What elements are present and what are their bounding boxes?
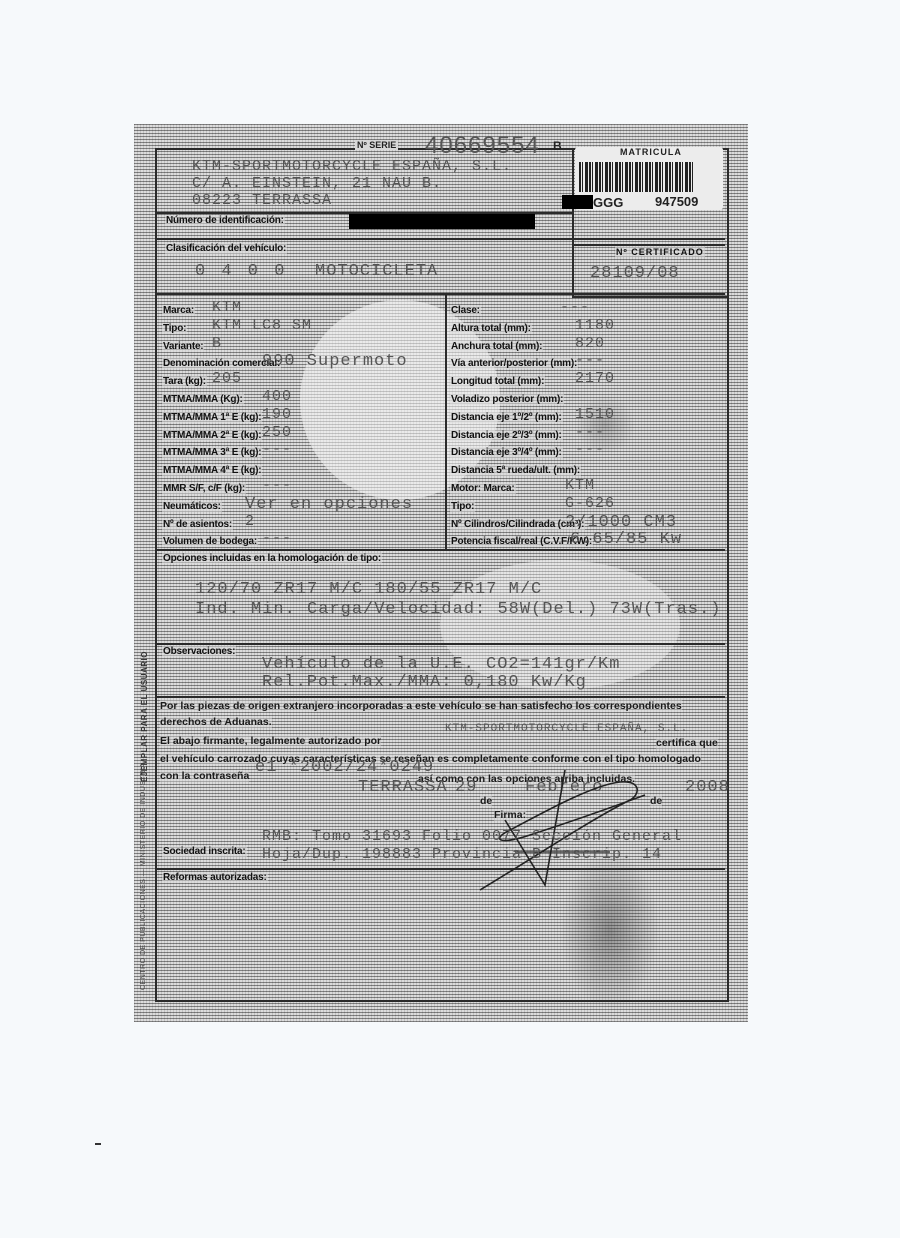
- field-label: MTMA/MMA 3ª E (kg):: [162, 447, 262, 458]
- field-label: Voladizo posterior (mm):: [450, 394, 564, 405]
- de-label: de: [650, 795, 662, 807]
- classification-type: MOTOCICLETA: [315, 262, 438, 281]
- divider: [155, 238, 725, 240]
- field-label: Clase:: [450, 305, 481, 316]
- redacted-plate-prefix: [562, 195, 593, 209]
- field-value: 1510: [575, 406, 615, 423]
- field-label: Distancia eje 1º/2º (mm):: [450, 412, 563, 423]
- field-value: 6.65/85 Kw: [570, 530, 682, 549]
- field-value: 2/1000 CM3: [565, 513, 677, 532]
- field-value: 190: [262, 406, 292, 423]
- field-label: Tara (kg):: [162, 376, 207, 387]
- identification-label: Número de identificación:: [165, 215, 285, 226]
- field-label: Motor: Marca:: [450, 483, 516, 494]
- password-label: con la contraseña: [160, 770, 249, 782]
- divider: [155, 696, 725, 698]
- field-label: Neumáticos:: [162, 501, 222, 512]
- issuer-line: 08223 TERRASSA: [192, 192, 332, 209]
- certificate-label: Nº CERTIFICADO: [615, 247, 705, 257]
- field-label: Distancia eje 3º/4º (mm):: [450, 447, 563, 458]
- society-line: RMB: Tomo 31693 Folio 0077 Sección Gener…: [262, 828, 682, 845]
- printer-label: CENTRO DE PUBLICACIONES — MINISTERIO DE …: [140, 762, 147, 990]
- issuer-line: C/ A. EINSTEIN, 21 NAU B.: [192, 175, 442, 192]
- customs-text: Por las piezas de origen extranjero inco…: [160, 700, 682, 712]
- field-label: MTMA/MMA 4ª E (kg):: [162, 465, 262, 476]
- divider: [155, 293, 725, 295]
- field-value: ---: [262, 441, 292, 458]
- field-value: KTM: [212, 299, 242, 316]
- certificate-number: 28109/08: [590, 264, 680, 283]
- place-value: TERRASSA: [358, 778, 448, 797]
- field-value: G-626: [565, 495, 615, 512]
- serie-suffix: B: [553, 139, 562, 153]
- password-value: e1 *2002/24*0249: [255, 758, 434, 777]
- field-label: Variante:: [162, 341, 204, 352]
- field-value: ---: [575, 352, 605, 369]
- options-line: Ind. Min. Carga/Velocidad: 58W(Del.) 73W…: [195, 600, 721, 619]
- field-value: 2: [245, 513, 255, 530]
- options-label: Opciones incluidas en la homologación de…: [162, 553, 382, 564]
- field-label: MTMA/MMA (Kg):: [162, 394, 244, 405]
- field-label: Anchura total (mm):: [450, 341, 543, 352]
- field-label: Longitud total (mm):: [450, 376, 545, 387]
- options-line: 120/70 ZR17 M/C 180/55 ZR17 M/C: [195, 580, 542, 599]
- field-label: Altura total (mm):: [450, 323, 532, 334]
- field-value: 250: [262, 424, 292, 441]
- signer-company: KTM-SPORTMOTORCYCLE ESPAÑA, S.L.: [445, 723, 688, 735]
- matricula-number: 947509: [655, 194, 698, 209]
- field-value: 1180: [575, 317, 615, 334]
- field-label: Nº de asientos:: [162, 519, 233, 530]
- observations-label: Observaciones:: [162, 646, 236, 657]
- classification-code: 0 4 0 0: [195, 262, 287, 281]
- field-value: 400: [262, 388, 292, 405]
- field-value: ---: [575, 441, 605, 458]
- field-value: 205: [212, 370, 242, 387]
- society-line: Hoja/Dup. 198883 Provincia B Inscrip. 14: [262, 846, 662, 863]
- scan-speck: [95, 1143, 101, 1145]
- field-label: Tipo:: [450, 501, 475, 512]
- barcode-icon: [579, 162, 694, 192]
- divider: [155, 643, 725, 645]
- classification-label: Clasificación del vehículo:: [165, 243, 287, 254]
- signer-suffix: certifica que: [656, 737, 718, 749]
- field-label: MMR S/F, c/F (kg):: [162, 483, 246, 494]
- society-label: Sociedad inscrita:: [162, 846, 247, 857]
- field-value: ---: [575, 424, 605, 441]
- field-value: ---: [262, 530, 292, 547]
- field-label: Volumen de bodega:: [162, 536, 258, 547]
- serie-label: Nº SERIE: [355, 140, 398, 150]
- field-value: Ver en opciones: [245, 495, 413, 514]
- field-label: Distancia 5ª rueda/ult. (mm):: [450, 465, 581, 476]
- matricula-letters: GGG: [593, 195, 623, 210]
- customs-text: derechos de Aduanas.: [160, 716, 272, 728]
- field-label: MTMA/MMA 1ª E (kg):: [162, 412, 262, 423]
- issuer-line: KTM-SPORTMOTORCYCLE ESPAÑA, S.L.: [192, 158, 512, 175]
- field-label: MTMA/MMA 2ª E (kg):: [162, 430, 262, 441]
- column-divider: [445, 293, 447, 549]
- redacted-vin: [349, 214, 535, 229]
- signer-prefix: El abajo firmante, legalmente autorizado…: [160, 735, 381, 747]
- divider: [572, 244, 725, 246]
- field-label: Tipo:: [162, 323, 187, 334]
- field-value: 2170: [575, 370, 615, 387]
- matricula-label: MATRICULA: [620, 147, 682, 157]
- field-value: ---: [262, 477, 292, 494]
- serie-number: 40669554: [425, 132, 540, 160]
- field-label: Distancia eje 2º/3º (mm):: [450, 430, 563, 441]
- field-value: KTM: [565, 477, 595, 494]
- reforms-label: Reformas autorizadas:: [162, 872, 268, 883]
- field-label: Vía anterior/posterior (mm):: [450, 358, 578, 369]
- field-value: 820: [575, 335, 605, 352]
- field-label: Marca:: [162, 305, 195, 316]
- year-value: 2008: [685, 778, 730, 797]
- field-value: KTM LC8 SM: [212, 317, 312, 334]
- observations-line: Vehículo de la U.E. CO2=141gr/Km: [262, 655, 620, 674]
- field-value: 990 Supermoto: [262, 352, 408, 371]
- field-value: ---: [560, 299, 590, 316]
- observations-line: Rel.Pot.Max./MMA: 0,180 Kw/Kg: [262, 673, 587, 692]
- field-value: B: [212, 335, 222, 352]
